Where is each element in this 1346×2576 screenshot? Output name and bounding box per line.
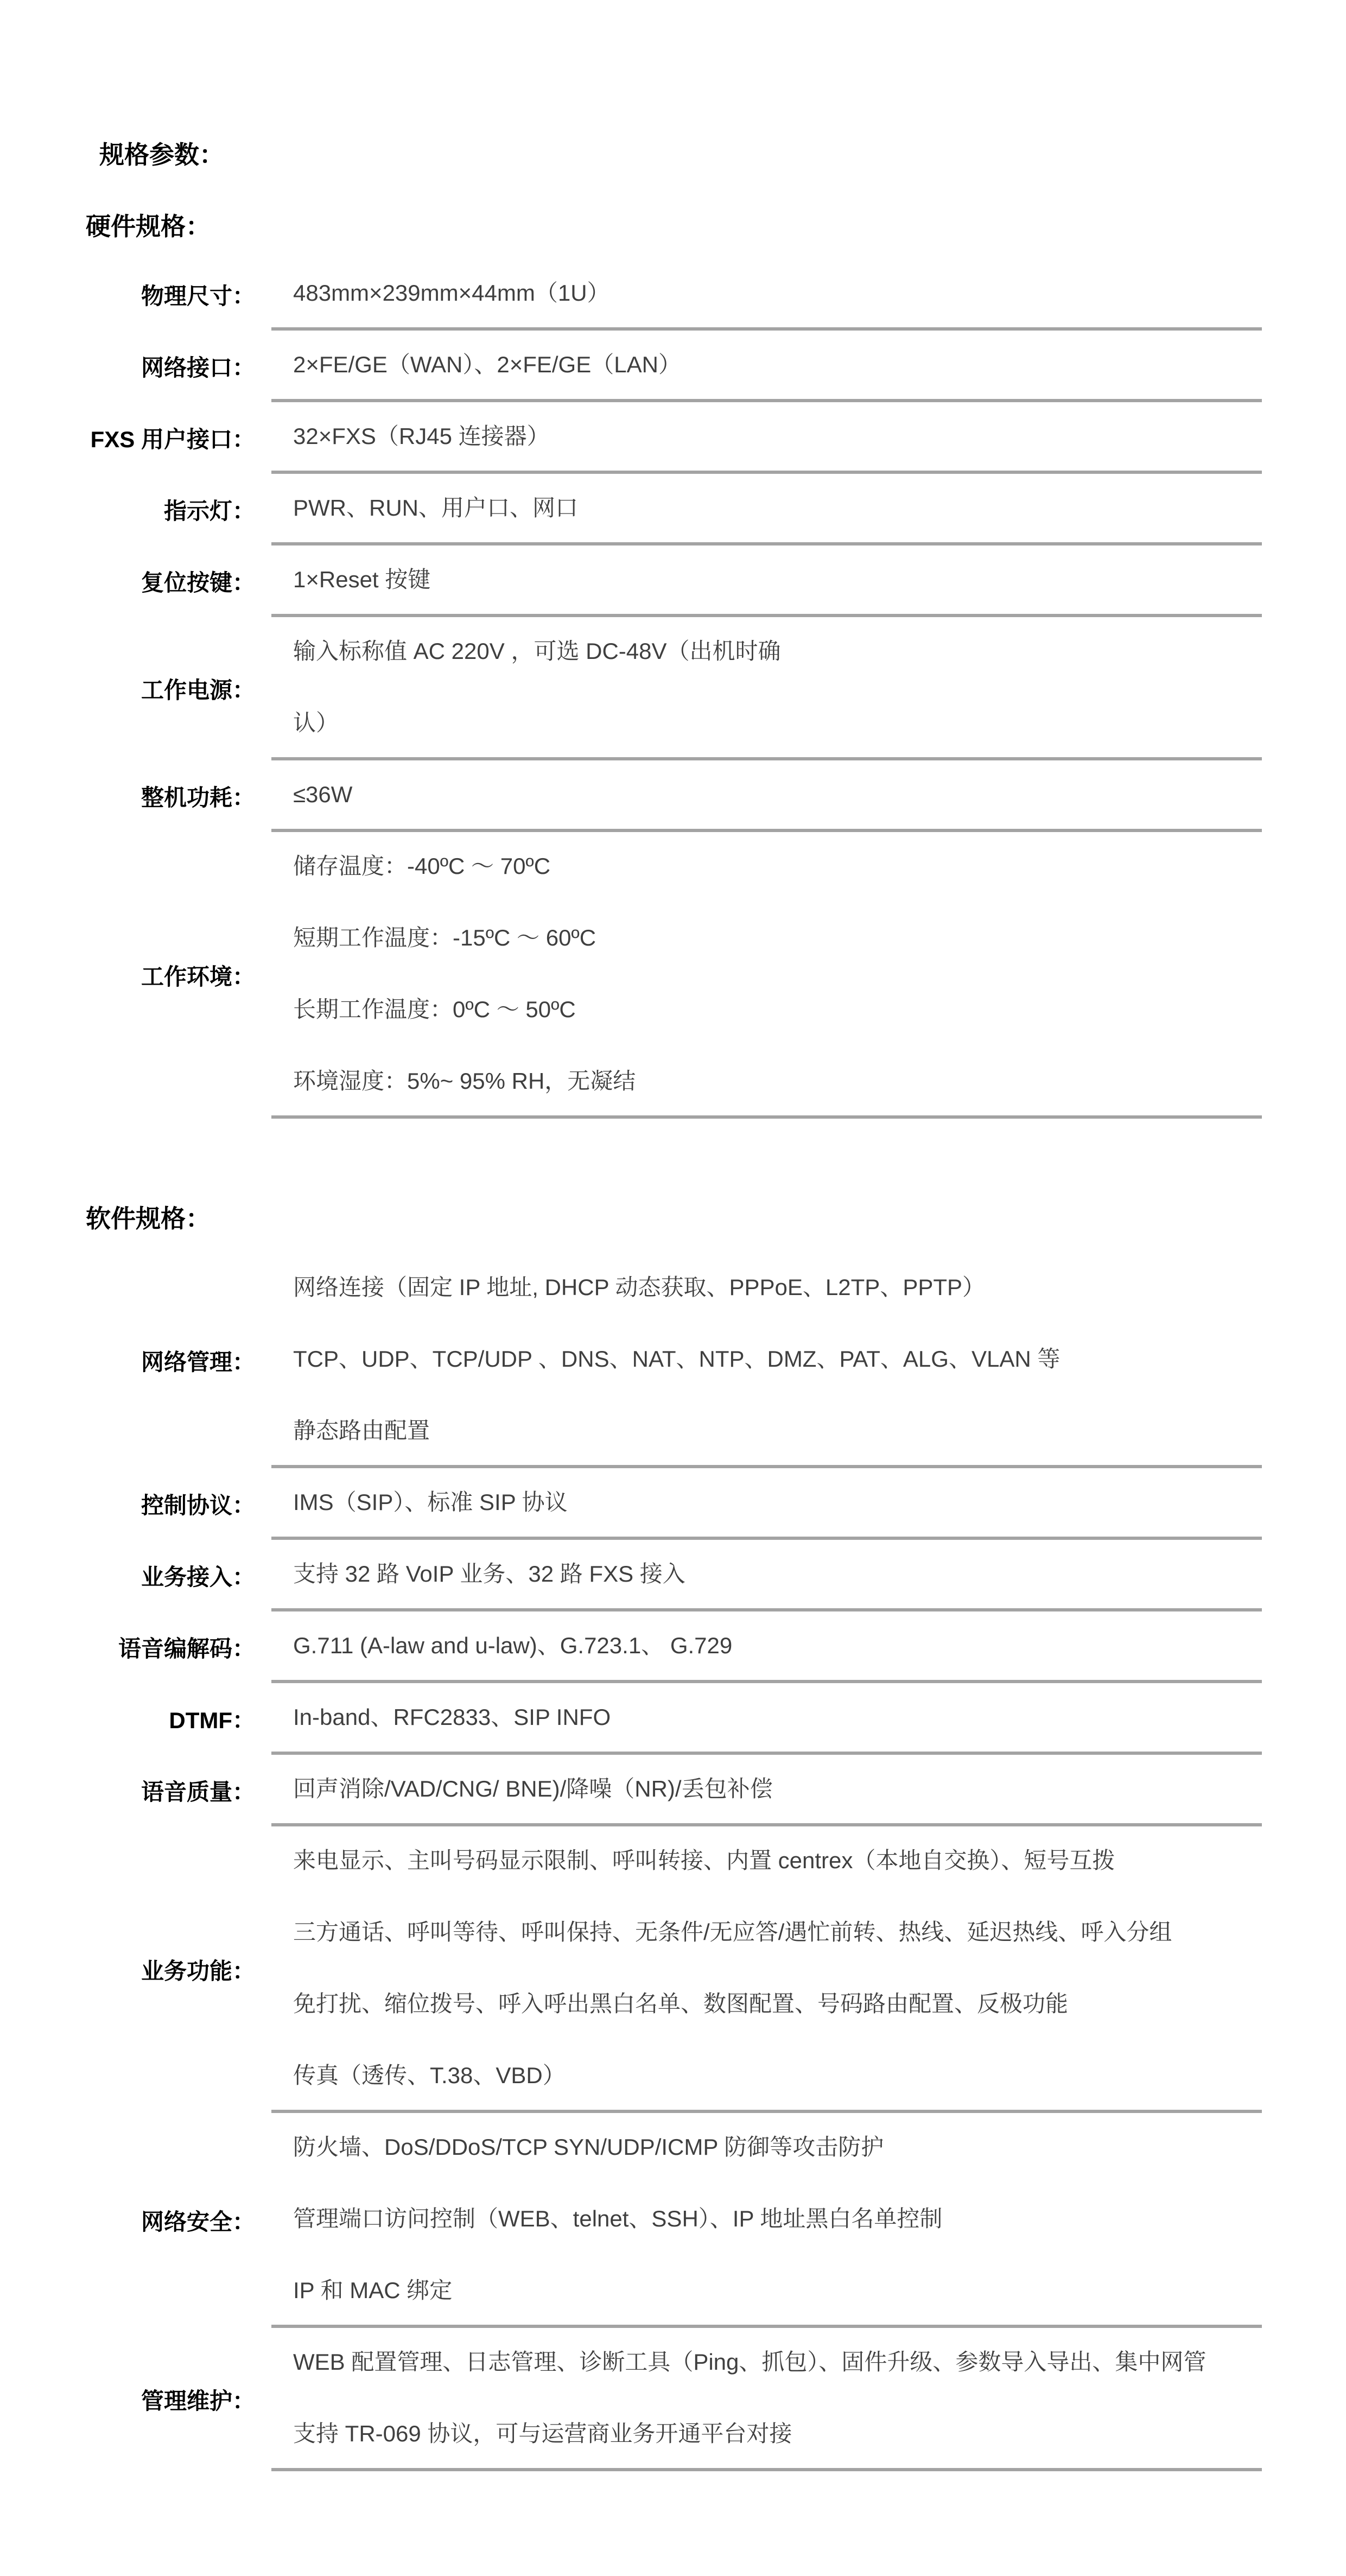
spec-value-line: 传真（透传、T.38、VBD） xyxy=(293,2040,1262,2111)
hardware-spec-table: 物理尺寸：483mm×239mm×44mm（1U）网络接口：2×FE/GE（WA… xyxy=(0,259,1346,1119)
spec-row: 工作电源：输入标称值 AC 220V ，可选 DC-48V（出机时确认） xyxy=(0,617,1346,760)
spec-label: 业务接入： xyxy=(0,1540,255,1611)
section-title-hardware: 硬件规格： xyxy=(86,191,211,262)
spec-label: 整机功耗： xyxy=(0,760,255,832)
spec-row: 工作环境：储存温度：-40ºC ～ 70ºC短期工作温度：-15ºC ～ 60º… xyxy=(0,832,1346,1119)
spec-value: In-band、RFC2833、SIP INFO xyxy=(271,1683,1262,1755)
spec-label: 网络管理： xyxy=(0,1253,255,1468)
spec-value: 输入标称值 AC 220V ，可选 DC-48V（出机时确认） xyxy=(271,617,1262,760)
spec-value-line: 1×Reset 按键 xyxy=(293,544,1262,616)
spec-row: 复位按键：1×Reset 按键 xyxy=(0,545,1346,617)
spec-row: 整机功耗：≤36W xyxy=(0,760,1346,832)
spec-value-line: 回声消除/VAD/CNG/ BNE)/降噪（NR)/丢包补偿 xyxy=(293,1753,1262,1825)
spec-value-line: In-band、RFC2833、SIP INFO xyxy=(293,1682,1262,1753)
spec-label: 语音质量： xyxy=(0,1755,255,1826)
spec-row: 网络接口：2×FE/GE（WAN）、2×FE/GE（LAN） xyxy=(0,331,1346,402)
spec-value-line: 短期工作温度：-15ºC ～ 60ºC xyxy=(293,902,1262,974)
spec-value-line: 免打扰、缩位拨号、呼入呼出黑白名单、数图配置、号码路由配置、反极功能 xyxy=(293,1968,1262,2040)
spec-row: 管理维护：WEB 配置管理、日志管理、诊断工具（Ping、抓包）、固件升级、参数… xyxy=(0,2328,1346,2471)
spec-value-line: 认） xyxy=(293,687,1262,759)
spec-label: 指示灯： xyxy=(0,474,255,545)
spec-value-line: 来电显示、主叫号码显示限制、呼叫转接、内置 centrex（本地自交换）、短号互… xyxy=(293,1825,1262,1896)
software-spec-table: 网络管理：网络连接（固定 IP 地址, DHCP 动态获取、PPPoE、L2TP… xyxy=(0,1253,1346,2471)
spec-value: WEB 配置管理、日志管理、诊断工具（Ping、抓包）、固件升级、参数导入导出、… xyxy=(271,2328,1262,2471)
spec-value-line: 静态路由配置 xyxy=(293,1395,1262,1467)
spec-value: 1×Reset 按键 xyxy=(271,545,1262,617)
spec-value-line: TCP、UDP、TCP/UDP 、DNS、NAT、NTP、DMZ、PAT、ALG… xyxy=(293,1323,1262,1395)
spec-label: 物理尺寸： xyxy=(0,259,255,331)
spec-label: 管理维护： xyxy=(0,2328,255,2471)
spec-label: DTMF： xyxy=(0,1683,255,1755)
spec-label: 网络接口： xyxy=(0,331,255,402)
spec-value: 储存温度：-40ºC ～ 70ºC短期工作温度：-15ºC ～ 60ºC长期工作… xyxy=(271,832,1262,1119)
spec-value-line: 483mm×239mm×44mm（1U） xyxy=(293,257,1262,329)
spec-value: 支持 32 路 VoIP 业务、32 路 FXS 接入 xyxy=(271,1540,1262,1611)
spec-row: FXS 用户接口：32×FXS（RJ45 连接器） xyxy=(0,402,1346,474)
section-title-software: 软件规格： xyxy=(86,1183,211,1254)
spec-label: 复位按键： xyxy=(0,545,255,617)
spec-label: 工作电源： xyxy=(0,617,255,760)
spec-value: 来电显示、主叫号码显示限制、呼叫转接、内置 centrex（本地自交换）、短号互… xyxy=(271,1826,1262,2113)
spec-row: 指示灯：PWR、RUN、用户口、网口 xyxy=(0,474,1346,545)
spec-value: PWR、RUN、用户口、网口 xyxy=(271,474,1262,545)
spec-value-line: PWR、RUN、用户口、网口 xyxy=(293,472,1262,544)
spec-value: 483mm×239mm×44mm（1U） xyxy=(271,259,1262,331)
spec-value-line: 防火墙、DoS/DDoS/TCP SYN/UDP/ICMP 防御等攻击防护 xyxy=(293,2111,1262,2183)
spec-label: 网络安全： xyxy=(0,2113,255,2328)
spec-value-line: IP 和 MAC 绑定 xyxy=(293,2255,1262,2326)
spec-value-line: IMS（SIP）、标准 SIP 协议 xyxy=(293,1467,1262,1538)
spec-value-line: G.711 (A-law and u-law)、G.723.1、 G.729 xyxy=(293,1610,1262,1682)
spec-value: ≤36W xyxy=(271,760,1262,832)
section-title-spec-params: 规格参数： xyxy=(99,119,224,191)
spec-value-line: 支持 32 路 VoIP 业务、32 路 FXS 接入 xyxy=(293,1538,1262,1610)
spec-value-line: 输入标称值 AC 220V ，可选 DC-48V（出机时确 xyxy=(293,616,1262,687)
spec-value-line: 管理端口访问控制（WEB、telnet、SSH）、IP 地址黑白名单控制 xyxy=(293,2183,1262,2255)
spec-value: 网络连接（固定 IP 地址, DHCP 动态获取、PPPoE、L2TP、PPTP… xyxy=(271,1253,1262,1468)
spec-row: 网络管理：网络连接（固定 IP 地址, DHCP 动态获取、PPPoE、L2TP… xyxy=(0,1253,1346,1468)
spec-value: 32×FXS（RJ45 连接器） xyxy=(271,402,1262,474)
spec-row: 物理尺寸：483mm×239mm×44mm（1U） xyxy=(0,259,1346,331)
spec-value: 回声消除/VAD/CNG/ BNE)/降噪（NR)/丢包补偿 xyxy=(271,1755,1262,1826)
spec-value-line: 支持 TR-069 协议，可与运营商业务开通平台对接 xyxy=(293,2398,1262,2470)
spec-row: 业务功能：来电显示、主叫号码显示限制、呼叫转接、内置 centrex（本地自交换… xyxy=(0,1826,1346,2113)
spec-row: DTMF：In-band、RFC2833、SIP INFO xyxy=(0,1683,1346,1755)
spec-value: 2×FE/GE（WAN）、2×FE/GE（LAN） xyxy=(271,331,1262,402)
spec-value-line: 环境湿度：5%~ 95% RH，无凝结 xyxy=(293,1045,1262,1117)
spec-row: 网络安全：防火墙、DoS/DDoS/TCP SYN/UDP/ICMP 防御等攻击… xyxy=(0,2113,1346,2328)
spec-value-line: 32×FXS（RJ45 连接器） xyxy=(293,401,1262,472)
spec-value-line: 储存温度：-40ºC ～ 70ºC xyxy=(293,830,1262,902)
spec-value-line: ≤36W xyxy=(293,759,1262,830)
spec-row: 业务接入：支持 32 路 VoIP 业务、32 路 FXS 接入 xyxy=(0,1540,1346,1611)
spec-label: 控制协议： xyxy=(0,1468,255,1540)
spec-value-line: 2×FE/GE（WAN）、2×FE/GE（LAN） xyxy=(293,329,1262,401)
spec-label: 业务功能： xyxy=(0,1826,255,2113)
spec-row: 控制协议：IMS（SIP）、标准 SIP 协议 xyxy=(0,1468,1346,1540)
spec-label: 语音编解码： xyxy=(0,1611,255,1683)
spec-row: 语音质量：回声消除/VAD/CNG/ BNE)/降噪（NR)/丢包补偿 xyxy=(0,1755,1346,1826)
spec-value: IMS（SIP）、标准 SIP 协议 xyxy=(271,1468,1262,1540)
spec-value-line: 网络连接（固定 IP 地址, DHCP 动态获取、PPPoE、L2TP、PPTP… xyxy=(293,1252,1262,1323)
spec-label: FXS 用户接口： xyxy=(0,402,255,474)
spec-value-line: WEB 配置管理、日志管理、诊断工具（Ping、抓包）、固件升级、参数导入导出、… xyxy=(293,2326,1262,2398)
spec-value-line: 三方通话、呼叫等待、呼叫保持、无条件/无应答/遇忙前转、热线、延迟热线、呼入分组 xyxy=(293,1896,1262,1968)
spec-value: 防火墙、DoS/DDoS/TCP SYN/UDP/ICMP 防御等攻击防护管理端… xyxy=(271,2113,1262,2328)
spec-label: 工作环境： xyxy=(0,832,255,1119)
spec-value-line: 长期工作温度：0ºC ～ 50ºC xyxy=(293,974,1262,1045)
spec-row: 语音编解码：G.711 (A-law and u-law)、G.723.1、 G… xyxy=(0,1611,1346,1683)
spec-value: G.711 (A-law and u-law)、G.723.1、 G.729 xyxy=(271,1611,1262,1683)
